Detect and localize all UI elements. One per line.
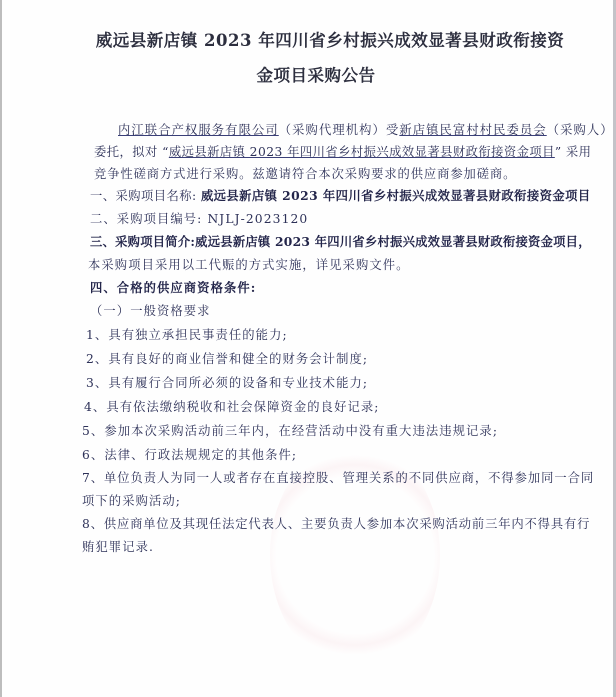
project-name-quoted: 威远县新店镇 2023 年四川省乡村振兴成效显著县财政衔接资金项目 xyxy=(169,145,555,159)
intro-line2: 委托，拟对 “威远县新店镇 2023 年四川省乡村振兴成效显著县财政衔接资金项目… xyxy=(94,142,591,160)
agency-role: （采购代理机构）受 xyxy=(279,123,400,137)
purchaser-role: （采购人） xyxy=(547,123,614,137)
section-1-value: 威远县新店镇 2023 年四川省乡村振兴成效显著县财政衔接资金项目 xyxy=(201,188,591,203)
general-item: 3、具有履行合同所必须的设备和专业技术能力; xyxy=(86,373,368,391)
document-title-line1: 威远县新店镇 2023 年四川省乡村振兴成效显著县财政衔接资 xyxy=(22,27,616,51)
general-item: 2、具有良好的商业信誉和健全的财务会计制度; xyxy=(86,349,368,367)
general-item: 6、法律、行政法规规定的其他条件; xyxy=(82,445,297,463)
agency-name: 内江联合产权服务有限公司 xyxy=(118,123,279,137)
section-1-label: 一、采购项目名称: xyxy=(90,189,197,203)
purchaser-name: 新店镇民富村村民委员会 xyxy=(399,123,546,137)
section-2-value: NJLJ-2023120 xyxy=(207,212,308,226)
document-page: 威远县新店镇 2023 年四川省乡村振兴成效显著县财政衔接资 金项目采购公告 内… xyxy=(0,0,616,697)
intro-line2-prefix: 委托，拟对 “ xyxy=(94,145,169,159)
section-4-heading: 四、合格的供应商资格条件: xyxy=(90,278,256,296)
general-item-cont: 项下的采购活动; xyxy=(82,491,181,509)
general-requirements-heading: （一）一般资格要求 xyxy=(90,301,211,319)
intro-line1: 内江联合产权服务有限公司（采购代理机构）受新店镇民富村村民委员会（采购人） xyxy=(118,120,614,138)
general-item: 7、单位负责人为同一人或者存在直接控股、管理关系的不同供应商，不得参加同一合同 xyxy=(82,468,594,486)
general-item-cont: 贿犯罪记录. xyxy=(82,537,154,555)
general-item: 4、具有依法缴纳税收和社会保障资金的良好记录; xyxy=(84,397,380,415)
section-1: 一、采购项目名称: 威远县新店镇 2023 年四川省乡村振兴成效显著县财政衔接资… xyxy=(90,186,591,204)
section-3-value: 威远县新店镇 2023 年四川省乡村振兴成效显著县财政衔接资金项目， xyxy=(195,234,591,249)
general-item: 8、供应商单位及其现任法定代表人、主要负责人参加本次采购活动前三年内不得具有行 xyxy=(82,514,590,532)
section-3-label: 三、采购项目简介: xyxy=(90,234,195,249)
section-3: 三、采购项目简介:威远县新店镇 2023 年四川省乡村振兴成效显著县财政衔接资金… xyxy=(90,232,591,250)
intro-line3: 竞争性磋商方式进行采购。兹邀请符合本次采购要求的供应商参加磋商。 xyxy=(94,164,516,182)
section-2-label: 二、采购项目编号: xyxy=(90,212,202,226)
general-item: 1、具有独立承担民事责任的能力; xyxy=(86,325,288,343)
section-2: 二、采购项目编号: NJLJ-2023120 xyxy=(90,209,308,227)
intro-line2-suffix: ” 采用 xyxy=(555,145,592,159)
document-title-line2: 金项目采购公告 xyxy=(8,62,616,86)
section-3-line2: 本采购项目采用以工代赈的方式实施，详见采购文件。 xyxy=(88,255,410,273)
general-item: 5、参加本次采购活动前三年内，在经营活动中没有重大违法违规记录; xyxy=(82,421,498,439)
